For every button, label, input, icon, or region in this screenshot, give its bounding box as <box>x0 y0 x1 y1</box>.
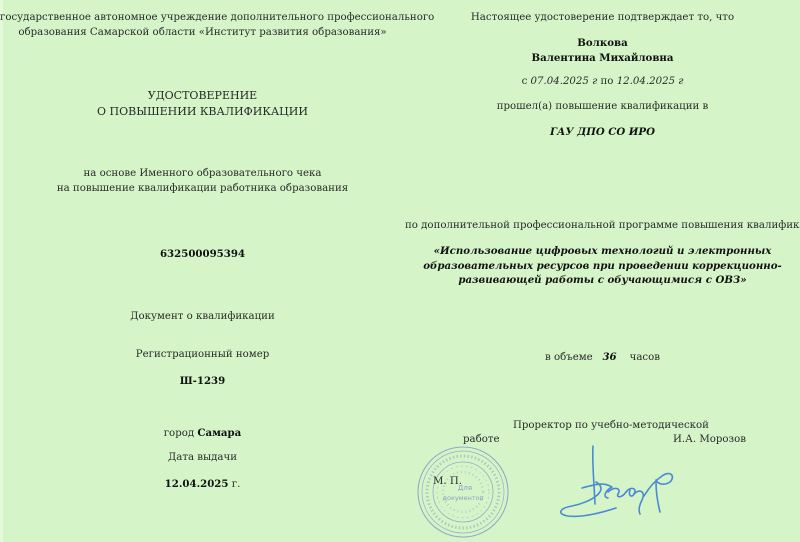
program-label: по дополнительной профессиональной прогр… <box>405 219 800 234</box>
training-period: с 07.04.2025 г по 12.04.2025 г <box>405 75 800 90</box>
city-label: город <box>164 428 194 439</box>
program-title: «Использование цифровых технологий и эле… <box>405 244 800 288</box>
recipient-name: Волкова Валентина Михайловна <box>405 36 800 65</box>
document-title: УДОСТОВЕРЕНИЕ О ПОВЫШЕНИИ КВАЛИФИКАЦИИ <box>0 88 405 120</box>
volume-line: в объеме 36 часов <box>405 350 800 366</box>
check-number: 632500095394 <box>0 247 405 262</box>
program-title-line-1: «Использование цифровых технологий и эле… <box>405 244 800 259</box>
recipient-name-patronymic: Валентина Михайловна <box>405 51 800 66</box>
basis-line-2: на повышение квалификации работника обра… <box>0 182 405 197</box>
city-value: Самара <box>197 427 241 439</box>
volume-label: в объеме <box>545 352 593 363</box>
issue-date: 12.04.2025 <box>165 478 229 490</box>
period-from-label: с <box>522 76 528 87</box>
period-from: 07.04.2025 г <box>531 76 598 87</box>
issue-date-suffix: г. <box>232 479 241 490</box>
registration-number: Ш-1239 <box>0 374 405 389</box>
document-title-line-2: О ПОВЫШЕНИИ КВАЛИФИКАЦИИ <box>0 104 405 120</box>
signer-name: И.А. Морозов <box>673 433 746 448</box>
institution-line-1: государственное автономное учреждение до… <box>0 11 405 26</box>
organization: ГАУ ДПО СО ИРО <box>405 125 800 140</box>
recipient-surname: Волкова <box>405 36 800 51</box>
seal-place-label: М. П. <box>433 475 462 489</box>
period-to-label: по <box>601 76 614 87</box>
completed-text: прошел(а) повышение квалификации в <box>405 100 800 115</box>
program-title-line-2: образовательных ресурсов при проведении … <box>405 259 800 274</box>
basis-line-1: на основе Именного образовательного чека <box>0 167 405 182</box>
signer-title-line-1: Проректор по учебно-методической <box>513 419 709 434</box>
document-title-line-1: УДОСТОВЕРЕНИЕ <box>0 88 405 104</box>
institution-line-2: образования Самарской области «Институт … <box>0 26 405 41</box>
city-line: город Самара <box>0 426 405 442</box>
registration-number-label: Регистрационный номер <box>0 348 405 363</box>
svg-text:документов: документов <box>443 494 484 502</box>
period-to: 12.04.2025 г <box>617 76 684 87</box>
confirm-text: Настоящее удостоверение подтверждает то,… <box>405 11 800 26</box>
document-type-label: Документ о квалификации <box>0 310 405 325</box>
basis-text: на основе Именного образовательного чека… <box>0 167 405 196</box>
program-title-line-3: развивающей работы с обучающимися с ОВЗ» <box>405 273 800 288</box>
volume-hours: 36 <box>602 351 616 363</box>
official-stamp-icon: Для документов <box>415 440 511 540</box>
volume-unit: часов <box>630 352 660 363</box>
issue-date-label: Дата выдачи <box>0 451 405 466</box>
issue-date-line: 12.04.2025 г. <box>0 477 405 493</box>
signature-icon <box>552 442 682 522</box>
institution-name: государственное автономное учреждение до… <box>0 11 405 40</box>
